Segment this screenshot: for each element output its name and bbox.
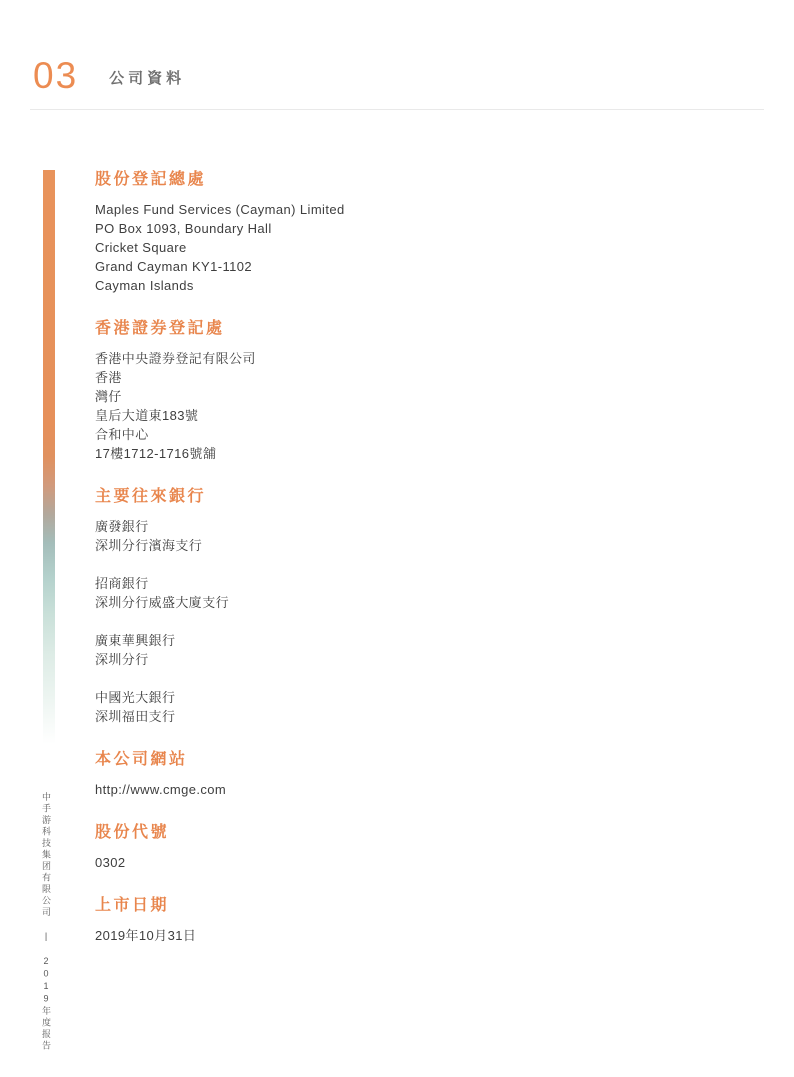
- text-line: 廣發銀行: [95, 517, 655, 536]
- line-group: 中國光大銀行深圳福田支行: [95, 688, 655, 726]
- text-line: 中國光大銀行: [95, 688, 655, 707]
- section-body: 廣發銀行深圳分行濱海支行招商銀行深圳分行威盛大廈支行廣東華興銀行深圳分行中國光大…: [95, 517, 655, 726]
- text-line: 香港中央證券登記有限公司: [95, 349, 655, 368]
- text-line: 招商銀行: [95, 574, 655, 593]
- section-principal-banks: 主要往來銀行 廣發銀行深圳分行濱海支行招商銀行深圳分行威盛大廈支行廣東華興銀行深…: [95, 487, 655, 726]
- line-group: 0302: [95, 853, 655, 872]
- document-page: 03 公司資料 中手游科技集团有限公司 | 2019年度报告 股份登記總處 Ma…: [0, 0, 794, 1077]
- page-title: 公司資料: [109, 67, 185, 88]
- section-body: 2019年10月31日: [95, 926, 655, 945]
- line-group: 2019年10月31日: [95, 926, 655, 945]
- section-heading: 上市日期: [95, 896, 655, 915]
- section-listing-date: 上市日期 2019年10月31日: [95, 896, 655, 945]
- line-group: Maples Fund Services (Cayman) LimitedPO …: [95, 200, 655, 295]
- section-heading: 股份代號: [95, 823, 655, 842]
- line-group: http://www.cmge.com: [95, 780, 655, 799]
- section-body: 0302: [95, 853, 655, 872]
- line-group: 廣東華興銀行深圳分行: [95, 631, 655, 669]
- section-heading: 香港證券登記處: [95, 319, 655, 338]
- section-body: 香港中央證券登記有限公司香港灣仔皇后大道東183號合和中心17樓1712-171…: [95, 349, 655, 463]
- text-line: 0302: [95, 853, 655, 872]
- section-stock-code: 股份代號 0302: [95, 823, 655, 872]
- text-line: Grand Cayman KY1-1102: [95, 257, 655, 276]
- content: 股份登記總處 Maples Fund Services (Cayman) Lim…: [95, 170, 655, 969]
- text-line: 深圳福田支行: [95, 707, 655, 726]
- text-line: 皇后大道東183號: [95, 406, 655, 425]
- text-line: 香港: [95, 368, 655, 387]
- text-line: 深圳分行威盛大廈支行: [95, 593, 655, 612]
- text-line: 深圳分行: [95, 650, 655, 669]
- text-line: 2019年10月31日: [95, 926, 655, 945]
- text-line: Maples Fund Services (Cayman) Limited: [95, 200, 655, 219]
- section-heading: 主要往來銀行: [95, 487, 655, 506]
- text-line: PO Box 1093, Boundary Hall: [95, 219, 655, 238]
- text-line: 17樓1712-1716號舖: [95, 444, 655, 463]
- section-heading: 本公司網站: [95, 750, 655, 769]
- text-line: 灣仔: [95, 387, 655, 406]
- section-company-website: 本公司網站 http://www.cmge.com: [95, 750, 655, 799]
- website-link[interactable]: http://www.cmge.com: [95, 780, 655, 799]
- section-hk-share-registrar: 香港證券登記處 香港中央證券登記有限公司香港灣仔皇后大道東183號合和中心17樓…: [95, 319, 655, 463]
- text-line: Cayman Islands: [95, 276, 655, 295]
- section-heading: 股份登記總處: [95, 170, 655, 189]
- text-line: Cricket Square: [95, 238, 655, 257]
- text-line: 合和中心: [95, 425, 655, 444]
- text-line: 深圳分行濱海支行: [95, 536, 655, 555]
- text-line: 廣東華興銀行: [95, 631, 655, 650]
- line-group: 香港中央證券登記有限公司香港灣仔皇后大道東183號合和中心17樓1712-171…: [95, 349, 655, 463]
- vertical-report-caption: 中手游科技集团有限公司 | 2019年度报告: [40, 792, 53, 1052]
- page-header: 03 公司資料: [30, 58, 764, 110]
- section-body: http://www.cmge.com: [95, 780, 655, 799]
- line-group: 廣發銀行深圳分行濱海支行: [95, 517, 655, 555]
- line-group: 招商銀行深圳分行威盛大廈支行: [95, 574, 655, 612]
- accent-gradient-bar: [43, 170, 55, 744]
- section-share-registrar-head-office: 股份登記總處 Maples Fund Services (Cayman) Lim…: [95, 170, 655, 295]
- chapter-number: 03: [33, 58, 78, 94]
- section-body: Maples Fund Services (Cayman) LimitedPO …: [95, 200, 655, 295]
